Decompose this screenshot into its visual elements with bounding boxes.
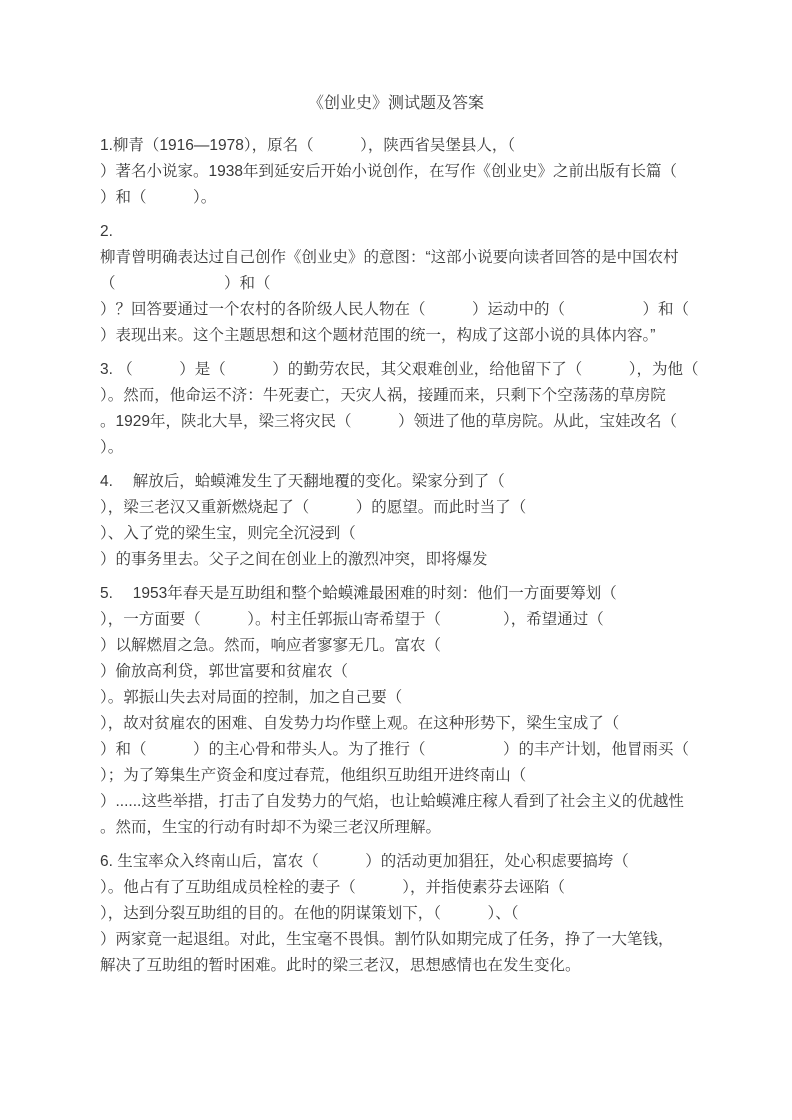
question-3: 3. （ ）是（ ）的勤劳农民，其父艰难创业，给他留下了（ ），为他（ ）。然而… [100,357,760,461]
question-2: 2. 柳青曾明确表达过自己创作《创业史》的意图：“这部小说要向读者回答的是中国农… [100,219,760,349]
question-4: 4. 解放后，蛤蟆滩发生了天翻地覆的变化。梁家分到了（ ），梁三老汉又重新燃烧起… [100,469,760,573]
question-6: 6. 生宝率众入终南山后，富农（ ）的活动更加猖狂，处心积虑要搞垮（ ）。他占有… [100,849,760,979]
document-title: 《创业史》测试题及答案 [100,91,692,117]
question-5: 5. 1953年春天是互助组和整个蛤蟆滩最困难的时刻：他们一方面要筹划（ ），一… [100,581,760,841]
document-page: 《创业史》测试题及答案 1.柳青（1916—1978），原名（ ），陕西省吴堡县… [0,0,792,1120]
document-body: 《创业史》测试题及答案 1.柳青（1916—1978），原名（ ），陕西省吴堡县… [100,91,760,987]
question-1: 1.柳青（1916—1978），原名（ ），陕西省吴堡县人，（ ）著名小说家。1… [100,133,760,211]
